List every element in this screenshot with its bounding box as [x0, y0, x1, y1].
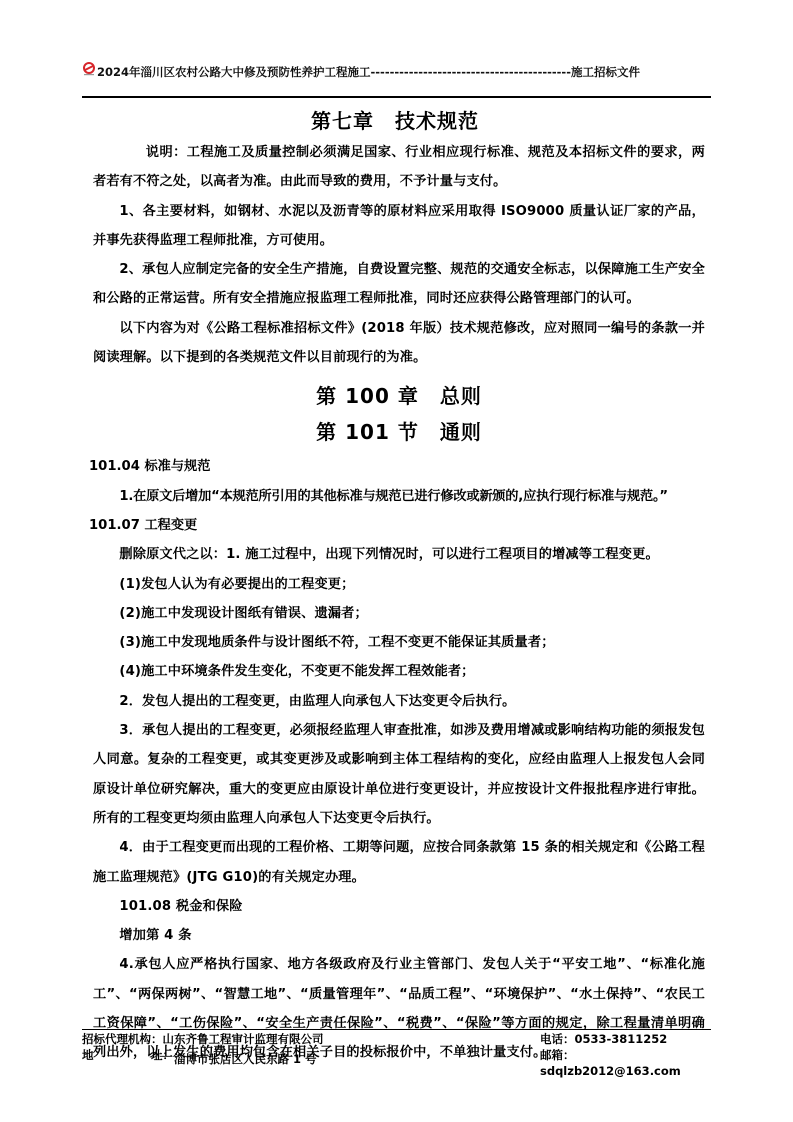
- intro-item-1: 1、各主要材料，如钢材、水泥以及沥青等的原材料应采用取得 ISO9000 质量认…: [93, 197, 705, 256]
- clause-101-07-list-3: (3)施工中发现地质条件与设计图纸不符，工程不变更不能保证其质量者；: [93, 628, 705, 657]
- footer-email-value[interactable]: sdqlzb2012@163.com: [540, 1064, 681, 1078]
- footer-row-1: 招标代理机构：山东齐鲁工程审计监理有限公司 电话：0533-3811252: [82, 1031, 711, 1047]
- clause-101-07-p3: 3．承包人提出的工程变更，必须报经监理人审查批准，如涉及费用增减或影响结构功能的…: [93, 716, 705, 833]
- footer-agency: 招标代理机构：山东齐鲁工程审计监理有限公司: [82, 1031, 324, 1047]
- section-101-title: 第 101 节 通则: [93, 415, 705, 449]
- footer-divider: [82, 1029, 711, 1030]
- chapter-title: 第七章 技术规范: [85, 104, 705, 138]
- footer-address: 地址：淄博市张店区人民东路 1 号: [82, 1047, 317, 1067]
- clause-101-08-sub: 增加第 4 条: [93, 921, 705, 950]
- header-divider: [82, 96, 711, 98]
- page-footer: 招标代理机构：山东齐鲁工程审计监理有限公司 电话：0533-3811252 地址…: [82, 1031, 711, 1063]
- document-body: 第七章 技术规范 说明：工程施工及质量控制必须满足国家、行业相应现行标准、规范及…: [93, 104, 705, 1068]
- intro-item-3: 以下内容为对《公路工程标准招标文件》(2018 年版）技术规范修改，应对照同一编…: [93, 314, 705, 373]
- footer-phone-value: 0533-3811252: [575, 1032, 668, 1046]
- clause-101-04-heading: 101.04 标准与规范: [89, 452, 705, 481]
- header-dashes: ----------------------------------------…: [371, 65, 571, 79]
- clause-101-07-p4: 4．由于工程变更而出现的工程价格、工期等问题，应按合同条款第 15 条的相关规定…: [93, 833, 705, 892]
- page-header: 2024年淄川区农村公路大中修及预防性养护工程施工---------------…: [82, 64, 712, 80]
- footer-address-label: 地址：: [82, 1047, 174, 1063]
- footer-agency-label: 招标代理机构：: [82, 1032, 163, 1046]
- intro-item-2: 2、承包人应制定完备的安全生产措施，自费设置完整、规范的交通安全标志，以保障施工…: [93, 255, 705, 314]
- header-doc-type: 施工招标文件: [571, 65, 640, 79]
- footer-row-2: 地址：淄博市张店区人民东路 1 号 邮箱：sdqlzb2012@163.com: [82, 1047, 711, 1063]
- intro-note: 说明：工程施工及质量控制必须满足国家、行业相应现行标准、规范及本招标文件的要求，…: [93, 138, 705, 197]
- clause-101-07-list-1: (1)发包人认为有必要提出的工程变更；: [93, 570, 705, 599]
- document-page: 2024年淄川区农村公路大中修及预防性养护工程施工---------------…: [0, 0, 793, 1122]
- footer-phone: 电话：0533-3811252: [540, 1031, 667, 1047]
- clause-101-07-list-2: (2)施工中发现设计图纸有错误、遗漏者；: [93, 599, 705, 628]
- clause-101-07-p1: 删除原文代之以：1. 施工过程中，出现下列情况时，可以进行工程项目的增减等工程变…: [93, 540, 705, 569]
- chapter-100-title: 第 100 章 总则: [93, 379, 705, 413]
- footer-email: 邮箱：sdqlzb2012@163.com: [540, 1047, 711, 1079]
- clause-101-07-list-4: (4)施工中环境条件发生变化，不变更不能发挥工程效能者；: [93, 657, 705, 686]
- clause-101-04-p1: 1.在原文后增加“本规范所引用的其他标准与规范已进行修改或新颁的,应执行现行标准…: [93, 482, 705, 511]
- clause-101-07-heading: 101.07 工程变更: [89, 511, 705, 540]
- clause-101-08-heading: 101.08 税金和保险: [93, 892, 705, 921]
- clause-101-07-p2: 2．发包人提出的工程变更，由监理人向承包人下达变更令后执行。: [93, 687, 705, 716]
- company-logo-icon: [82, 65, 96, 77]
- footer-email-label: 邮箱：: [540, 1048, 575, 1062]
- footer-address-value: 淄博市张店区人民东路 1 号: [174, 1052, 317, 1066]
- footer-agency-value: 山东齐鲁工程审计监理有限公司: [163, 1032, 324, 1046]
- header-project-title: 2024年淄川区农村公路大中修及预防性养护工程施工: [97, 65, 371, 79]
- footer-phone-label: 电话：: [540, 1032, 575, 1046]
